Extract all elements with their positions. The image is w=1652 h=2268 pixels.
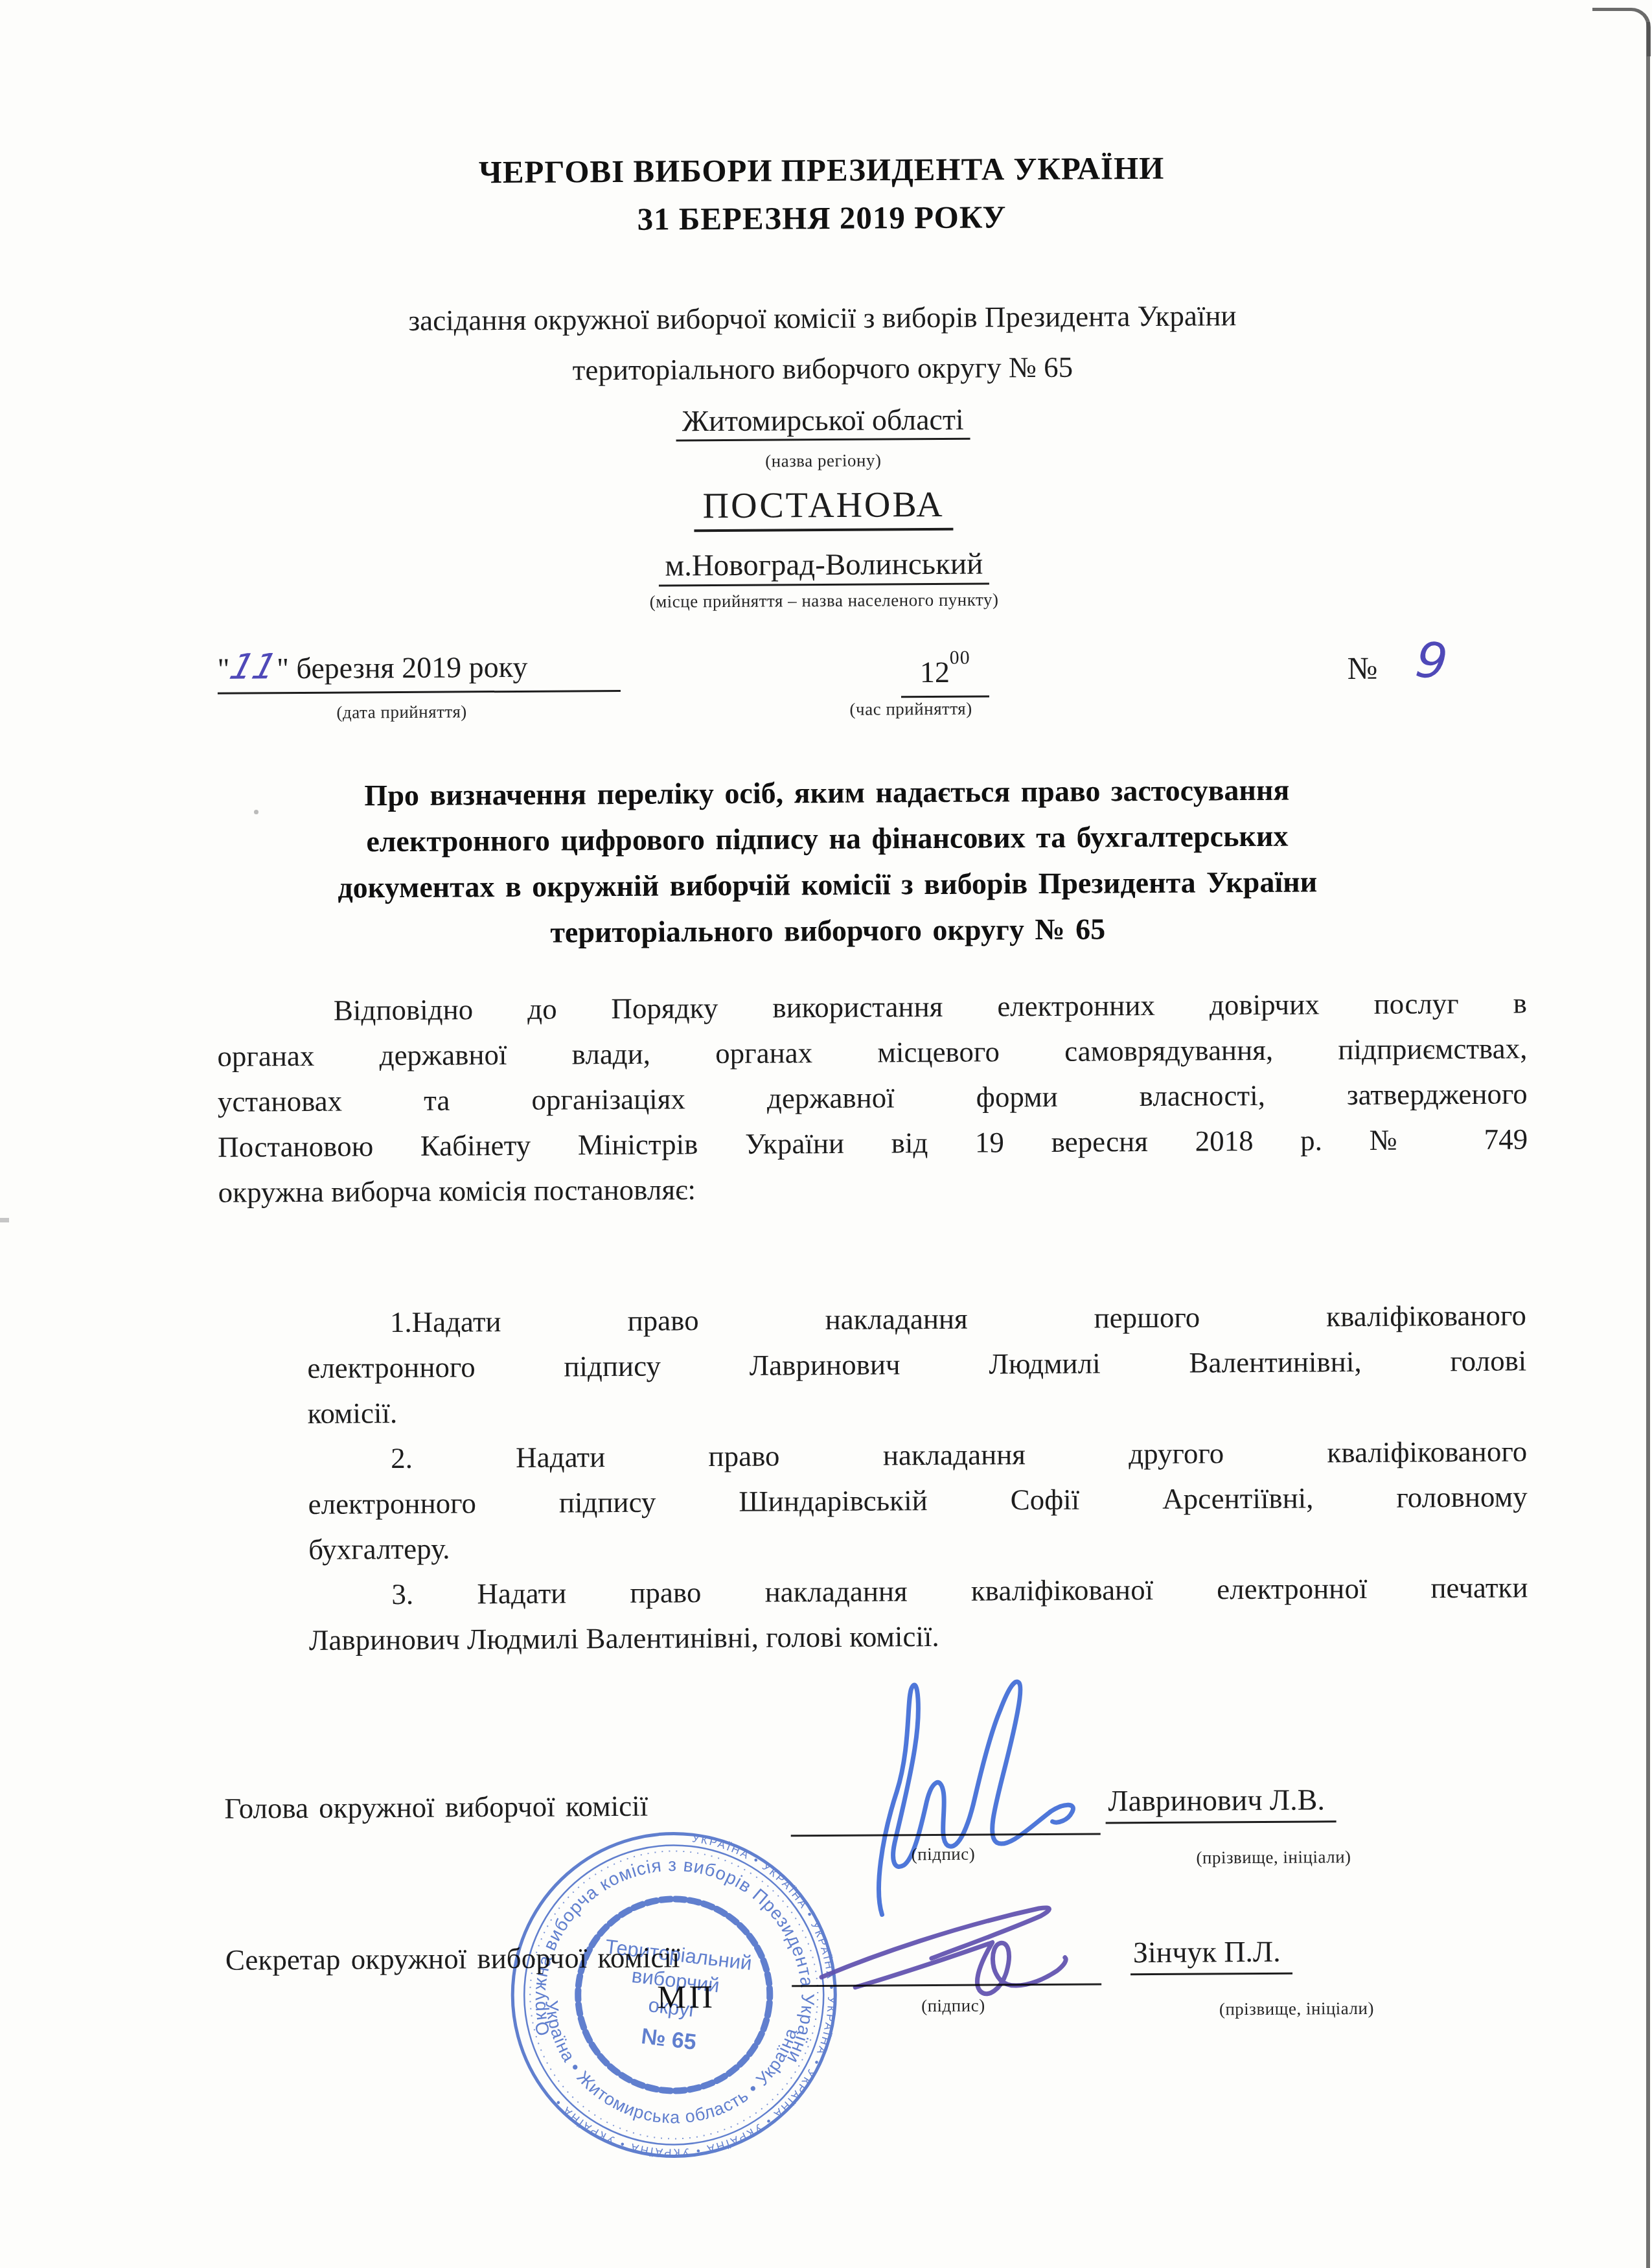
- place-row: м.Новоград-Волинський: [0, 542, 1650, 591]
- time-hours: 12: [920, 656, 950, 689]
- head-sign-caption: (підпис): [862, 1844, 1024, 1865]
- text-line: Відповідно до Порядку використання елект…: [217, 980, 1527, 1033]
- text-line: електронного цифрового підпису на фінанс…: [197, 812, 1457, 865]
- text-line: документах в окружній виборчій комісії з…: [198, 858, 1458, 911]
- text-line: органах державної влади, органах місцево…: [217, 1025, 1527, 1079]
- stamp-center-line-4: № 65: [640, 2024, 698, 2055]
- item-3: 3. Надати право накладання кваліфіковано…: [308, 1564, 1528, 1662]
- number-sign: №: [1348, 650, 1378, 687]
- secretary-signature-ink: [821, 1908, 1066, 1995]
- document-title: ЧЕРГОВІ ВИБОРИ ПРЕЗИДЕНТА УКРАЇНИ 31 БЕР…: [0, 141, 1648, 247]
- date-close-quote: ": [277, 652, 289, 685]
- title-line-2: 31 БЕРЕЗНЯ 2019 РОКУ: [0, 189, 1648, 247]
- scanned-document-page: ЧЕРГОВІ ВИБОРИ ПРЕЗИДЕНТА УКРАЇНИ 31 БЕР…: [0, 0, 1652, 2268]
- adoption-date-field: "11" березня 2019 року: [218, 649, 621, 694]
- preamble-paragraph: Відповідно до Порядку використання елект…: [217, 980, 1528, 1215]
- text-line: окружна виборча комісія постановляє:: [218, 1162, 1528, 1215]
- text-line: 1.Надати право накладання першого кваліф…: [307, 1292, 1526, 1345]
- head-signature-ink: [878, 1682, 1074, 1915]
- page-edge-right: [1646, 22, 1650, 2268]
- head-signature-line: [791, 1833, 1101, 1837]
- time-minutes: 00: [950, 647, 970, 669]
- scan-speck-left: [0, 1218, 9, 1222]
- adoption-time-field: 1200: [901, 647, 989, 698]
- head-name-text: Лавринович Л.В.: [1105, 1782, 1337, 1824]
- secretary-name-caption: (прізвище, ініціали): [1164, 1998, 1429, 2020]
- time-caption: (час прийняття): [814, 698, 1008, 720]
- secretary-sign-caption: (підпис): [872, 1995, 1034, 2017]
- secretary-role-label: Секретар окружної виборчої комісії: [225, 1940, 680, 1976]
- text-line: бухгалтеру.: [308, 1519, 1528, 1572]
- resolution-subject: Про визначення переліку осіб, яким надає…: [197, 766, 1458, 957]
- text-line: територіального виборчого округу № 65: [198, 904, 1458, 957]
- stamp-arc-bottom-text: Україна • Житомирська область • Україна: [529, 1997, 802, 2141]
- secretary-name-text: Зінчук П.Л.: [1130, 1934, 1292, 1976]
- text-line: Про визначення переліку осіб, яким надає…: [197, 766, 1457, 819]
- text-line: електронного підпису Шиндарівській Софії…: [308, 1474, 1527, 1526]
- text-line: електронного підпису Лавринович Людмилі …: [307, 1338, 1526, 1390]
- secretary-signature-line: [792, 1983, 1101, 1987]
- region-caption: (назва регіону): [0, 446, 1649, 476]
- scan-speck-dot: [254, 810, 258, 814]
- session-line-2: територіального виборчого округу № 65: [0, 338, 1649, 399]
- resolution-items: 1.Надати право накладання першого кваліф…: [307, 1292, 1528, 1662]
- handwritten-number: 9: [1413, 634, 1450, 689]
- place-caption: (місце прийняття – назва населеного пунк…: [0, 586, 1650, 616]
- secretary-name: Зінчук П.Л.: [1130, 1934, 1292, 1976]
- place-name: м.Новоград-Волинський: [658, 546, 989, 586]
- document-content: ЧЕРГОВІ ВИБОРИ ПРЕЗИДЕНТА УКРАЇНИ 31 БЕР…: [0, 0, 1652, 2268]
- text-line: комісії.: [308, 1383, 1527, 1436]
- region-name: Житомирської області: [676, 402, 970, 442]
- document-type: ПОСТАНОВА: [694, 484, 954, 532]
- handwritten-day: 11: [227, 654, 279, 680]
- head-name: Лавринович Л.В.: [1105, 1782, 1337, 1824]
- date-text: березня 2019 року: [289, 650, 528, 685]
- item-1: 1.Надати право накладання першого кваліф…: [307, 1292, 1527, 1436]
- text-line: Лавринович Людмилі Валентинівні, голові …: [309, 1610, 1528, 1662]
- session-heading: засідання окружної виборчої комісії з ви…: [0, 288, 1649, 399]
- page-edge-top-right: [1592, 8, 1651, 56]
- text-line: Постановою Кабінету Міністрів України ві…: [218, 1116, 1528, 1169]
- text-line: 2. Надати право накладання другого квалі…: [308, 1428, 1527, 1481]
- document-type-row: ПОСТАНОВА: [0, 479, 1649, 536]
- text-line: 3. Надати право накладання кваліфіковано…: [308, 1564, 1528, 1617]
- text-line: установах та організаціях державної форм…: [218, 1071, 1528, 1124]
- head-name-caption: (прізвище, ініціали): [1141, 1847, 1406, 1869]
- date-caption: (дата прийняття): [292, 702, 512, 723]
- region-name-row: Житомирської області: [0, 398, 1649, 446]
- head-role-label: Голова окружної виборчої комісії: [224, 1789, 648, 1826]
- mp-seal-placeholder: МП: [657, 1978, 716, 2016]
- item-2: 2. Надати право накладання другого квалі…: [308, 1428, 1528, 1572]
